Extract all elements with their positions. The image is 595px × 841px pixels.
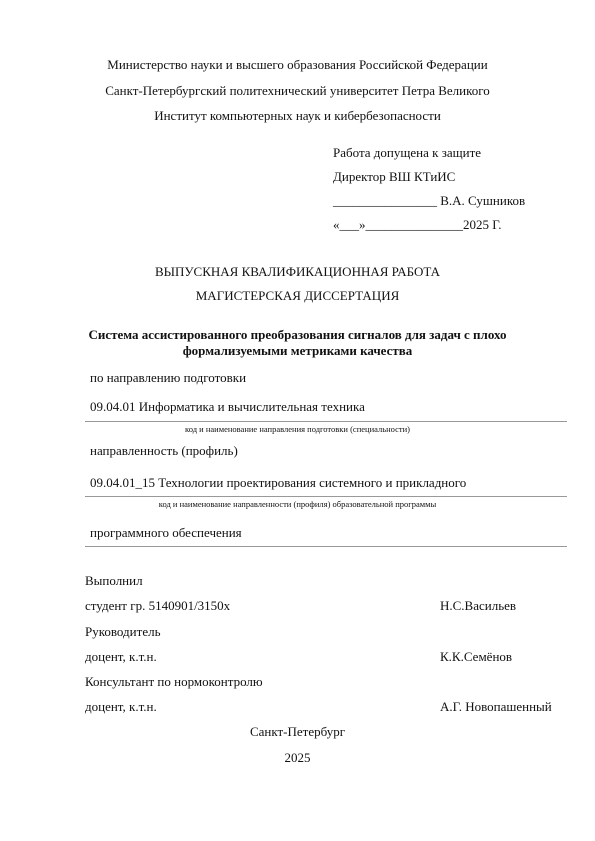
approval-line-1: Работа допущена к защите xyxy=(333,145,481,161)
profile-label: направленность (профиль) xyxy=(90,443,238,459)
work-subtype: МАГИСТЕРСКАЯ ДИССЕРТАЦИЯ xyxy=(0,288,595,304)
approval-date: «___»_______________2025 Г. xyxy=(333,217,502,233)
profile-rule xyxy=(85,496,567,497)
direction-label: по направлению подготовки xyxy=(90,370,246,386)
supervisor-role: Руководитель xyxy=(85,624,161,640)
supervisor-name: К.К.Семёнов xyxy=(440,649,512,665)
ministry-line: Министерство науки и высшего образования… xyxy=(0,57,595,73)
author-position: студент гр. 5140901/3150x xyxy=(85,598,230,614)
approval-signature: ________________ В.А. Сушников xyxy=(333,193,525,209)
author-role: Выполнил xyxy=(85,573,143,589)
profile-rule-2 xyxy=(85,546,567,547)
city: Санкт-Петербург xyxy=(0,724,595,740)
approval-line-2: Директор ВШ КТиИС xyxy=(333,169,455,185)
author-name: Н.С.Васильев xyxy=(440,598,516,614)
profile-value-line-1: 09.04.01_15 Технологии проектирования си… xyxy=(90,475,466,491)
institute-line: Институт компьютерных наук и кибербезопа… xyxy=(0,108,595,124)
profile-caption: код и наименование направленности (профи… xyxy=(0,499,595,509)
topic-line-2: формализуемыми метриками качества xyxy=(0,343,595,359)
profile-value-line-2: программного обеспечения xyxy=(90,525,242,541)
direction-caption: код и наименование направления подготовк… xyxy=(0,424,595,434)
direction-value: 09.04.01 Информатика и вычислительная те… xyxy=(90,399,365,415)
consultant-position: доцент, к.т.н. xyxy=(85,699,157,715)
university-line: Санкт-Петербургский политехнический унив… xyxy=(0,83,595,99)
consultant-role: Консультант по нормоконтролю xyxy=(85,674,263,690)
consultant-name: А.Г. Новопашенный xyxy=(440,699,552,715)
direction-rule xyxy=(85,421,567,422)
work-type: ВЫПУСКНАЯ КВАЛИФИКАЦИОННАЯ РАБОТА xyxy=(0,264,595,280)
year: 2025 xyxy=(0,750,595,766)
topic-line-1: Система ассистированного преобразования … xyxy=(0,327,595,343)
supervisor-position: доцент, к.т.н. xyxy=(85,649,157,665)
